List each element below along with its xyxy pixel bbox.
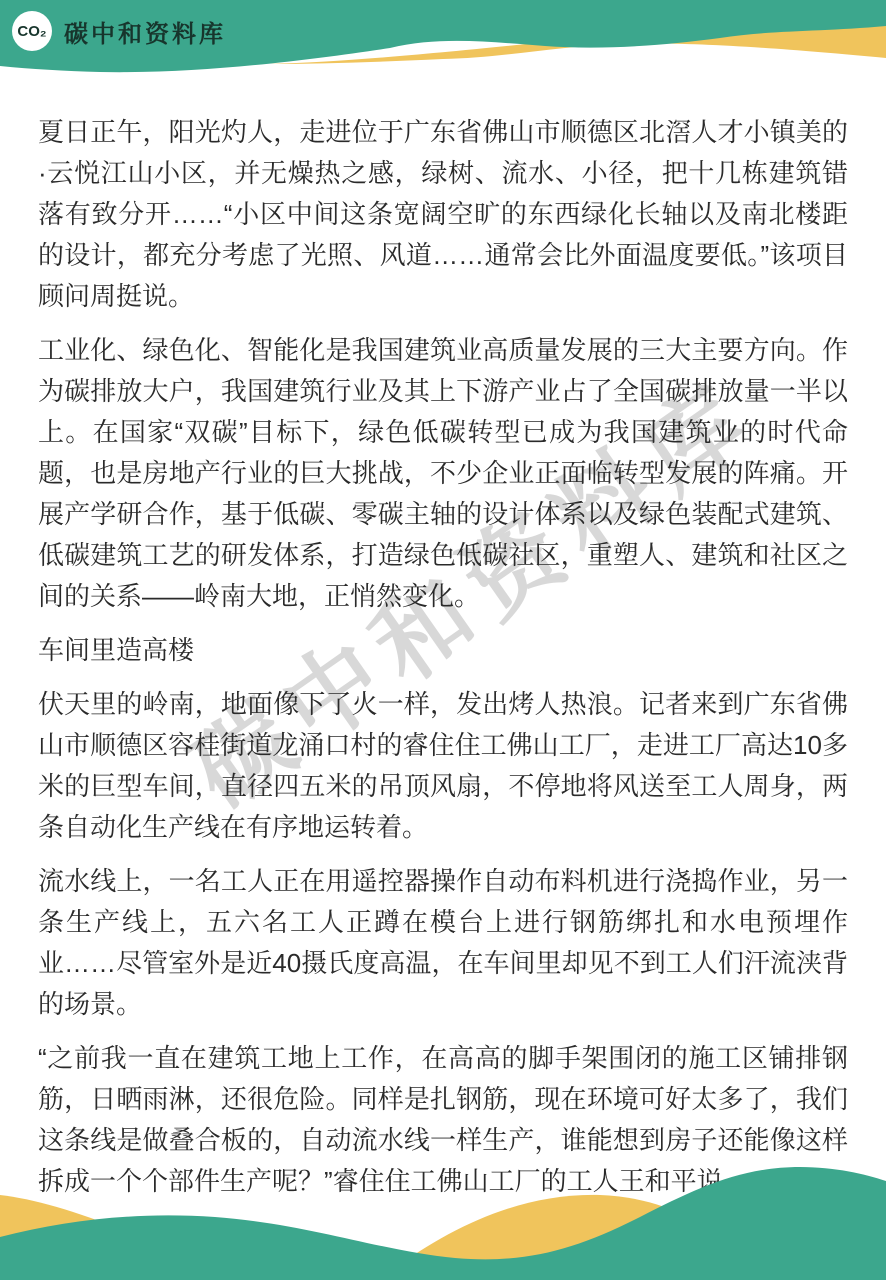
article-paragraph: 夏日正午，阳光灼人，走进位于广东省佛山市顺德区北滘人才小镇美的·云悦江山小区，并…	[38, 112, 848, 317]
article-paragraph: 工业化、绿色化、智能化是我国建筑业高质量发展的三大主要方向。作为碳排放大户，我国…	[38, 330, 848, 617]
article-page: CO₂ 碳中和资料库 碳中和资料库 夏日正午，阳光灼人，走进位于广东省佛山市顺德…	[0, 0, 886, 1280]
article-paragraph: 流水线上，一名工人正在用遥控器操作自动布料机进行浇捣作业，另一条生产线上，五六名…	[38, 861, 848, 1025]
section-heading: 车间里造高楼	[38, 630, 848, 671]
footer-wave	[0, 1155, 886, 1280]
article-paragraph: 伏天里的岭南，地面像下了火一样，发出烤人热浪。记者来到广东省佛山市顺德区容桂街道…	[38, 684, 848, 848]
co2-logo-icon: CO₂	[12, 11, 52, 51]
article-body: 夏日正午，阳光灼人，走进位于广东省佛山市顺德区北滘人才小镇美的·云悦江山小区，并…	[0, 0, 886, 1202]
brand-name: 碳中和资料库	[64, 14, 226, 49]
co2-logo-text: CO₂	[17, 23, 46, 40]
footer-teal-wave-shape	[0, 1167, 886, 1280]
brand-logo: CO₂ 碳中和资料库	[12, 11, 226, 51]
